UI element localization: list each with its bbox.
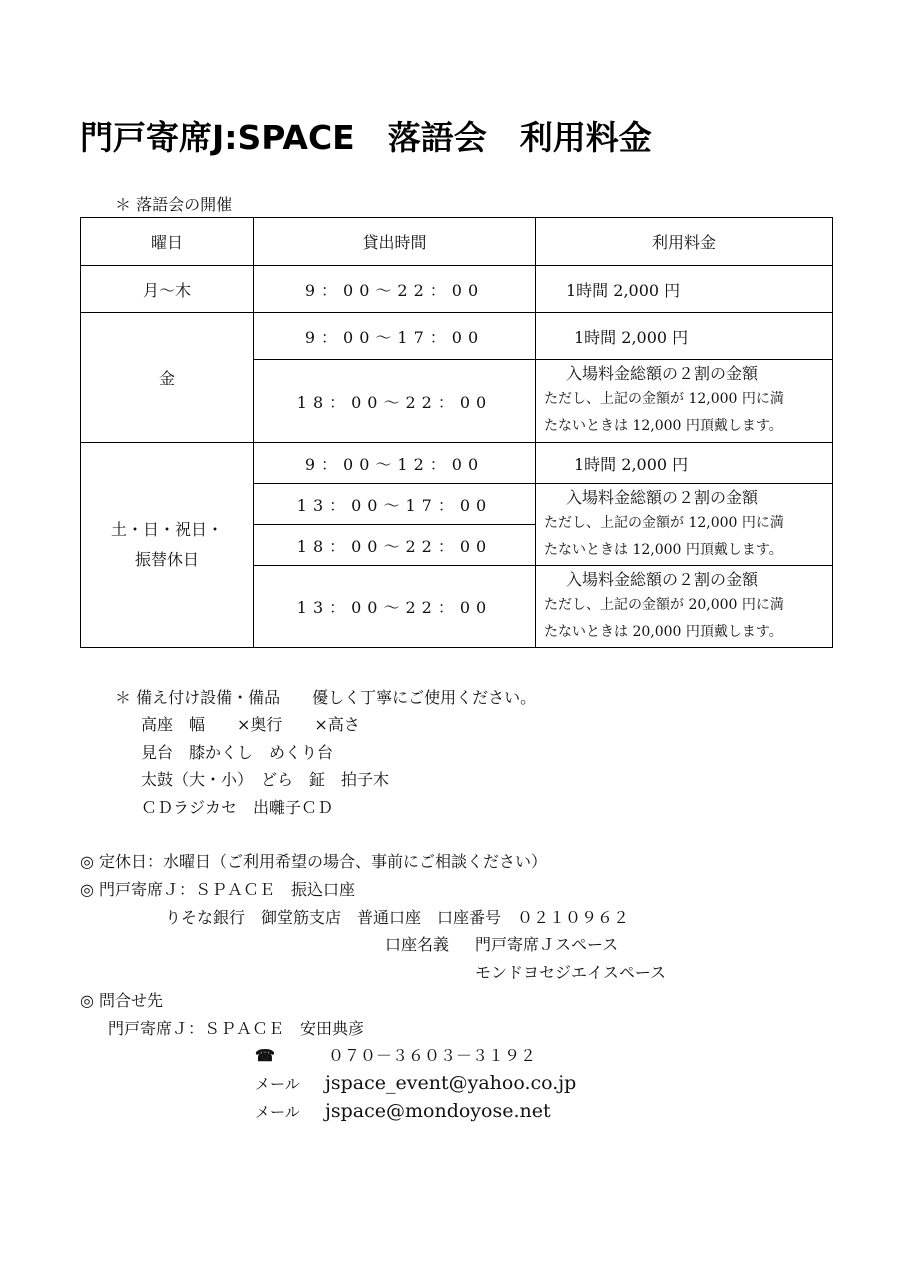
day-cell: 月～木 [81,266,254,313]
equipment-item: 見台 膝かくし めくり台 [141,739,333,767]
time-cell: 18：00～22：00 [254,360,536,443]
time-cell: 13：00～17：00 [254,484,536,525]
table-header-row: 曜日 貸出時間 利用料金 [81,218,833,266]
fee-note-line: ただし、上記の金額が 12,000 円に満 [544,386,832,413]
day-line: 振替休日 [81,545,253,575]
table-row: 月～木 9：00～22：00 1時間 2,000 円 [81,266,833,313]
bank-heading: ◎ 門戸寄席Ｊ：ＳＰＡＣＥ 振込口座 [80,876,355,904]
time-cell: 9：00～12：00 [254,443,536,484]
time-cell: 13：00～22：00 [254,566,536,648]
rakugo-section-label: ＊ 落語会の開催 [115,192,232,215]
time-cell: 9：00～22：00 [254,266,536,313]
fee-note-line: ただし、上記の金額が 12,000 円に満 [544,510,832,537]
header-fee: 利用料金 [536,218,833,266]
equipment-item: ＣＤラジカセ 出囃子ＣＤ [141,794,333,822]
fee-main-text: 入場料金総額の２割の金額 [544,568,832,592]
mail-label: メール [255,1070,300,1098]
email-link[interactable]: jspace_event@yahoo.co.jp [325,1069,576,1097]
fee-table: 曜日 貸出時間 利用料金 月～木 9：00～22：00 1時間 2,000 円 … [80,217,833,648]
fee-note-line: たないときは 20,000 円頂戴します。 [544,619,832,646]
header-time: 貸出時間 [254,218,536,266]
fee-cell: 入場料金総額の２割の金額 ただし、上記の金額が 12,000 円に満 たないとき… [536,360,833,443]
fee-cell: 1時間 2,000 円 [536,313,833,360]
account-name: 門戸寄席Ｊスペース [475,931,618,959]
fee-note-line: たないときは 12,000 円頂戴します。 [544,413,832,440]
phone-icon: ☎ [255,1042,275,1070]
contact-heading: ◎ 問合せ先 [80,987,163,1015]
fee-cell: 入場料金総額の２割の金額 ただし、上記の金額が 12,000 円に満 たないとき… [536,484,833,566]
fee-cell: 1時間 2,000 円 [536,443,833,484]
fee-note-line: ただし、上記の金額が 20,000 円に満 [544,592,832,619]
account-name-kana: モンドヨセジエイスペース [475,959,666,987]
equipment-item: 高座 幅 ×奥行 ×高さ [141,711,360,739]
email-link[interactable]: jspace@mondoyose.net [325,1097,551,1125]
fee-cell: 1時間 2,000 円 [536,266,833,313]
fee-main-text: 入場料金総額の２割の金額 [544,486,832,510]
fee-cell: 入場料金総額の２割の金額 ただし、上記の金額が 20,000 円に満 たないとき… [536,566,833,648]
account-name-label: 口座名義 [385,931,449,959]
equipment-heading: ＊ 備え付け設備・備品 優しく丁寧にご使用ください。 [115,684,536,712]
contact-org-person: 門戸寄席Ｊ：ＳＰＡＣＥ 安田典彦 [108,1015,364,1043]
day-cell: 金 [81,313,254,443]
fee-text: 1時間 2,000 円 [544,278,832,301]
fee-text: 1時間 2,000 円 [544,452,832,475]
equipment-item: 太鼓（大・小） どら 鉦 拍子木 [141,766,389,794]
table-row: 土・日・祝日・ 振替休日 9：00～12：00 1時間 2,000 円 [81,443,833,484]
table-row: 金 9：00～17：00 1時間 2,000 円 [81,313,833,360]
time-cell: 9：00～17：00 [254,313,536,360]
fee-note-line: たないときは 12,000 円頂戴します。 [544,537,832,564]
phone-number: ０７０－３６０３－３１９２ [328,1042,536,1070]
fee-main-text: 入場料金総額の２割の金額 [544,362,832,386]
time-cell: 18：00～22：00 [254,525,536,566]
bank-details: りそな銀行 御堂筋支店 普通口座 口座番号 ０２１０９６２ [165,904,629,932]
fee-text: 1時間 2,000 円 [544,325,832,348]
day-line: 土・日・祝日・ [81,515,253,545]
closed-day: ◎ 定休日：水曜日（ご利用希望の場合、事前にご相談ください） [80,848,547,876]
mail-label: メール [255,1098,300,1126]
day-cell: 土・日・祝日・ 振替休日 [81,443,254,648]
page-title: 門戸寄席J:SPACE 落語会 利用料金 [80,112,652,159]
header-day: 曜日 [81,218,254,266]
